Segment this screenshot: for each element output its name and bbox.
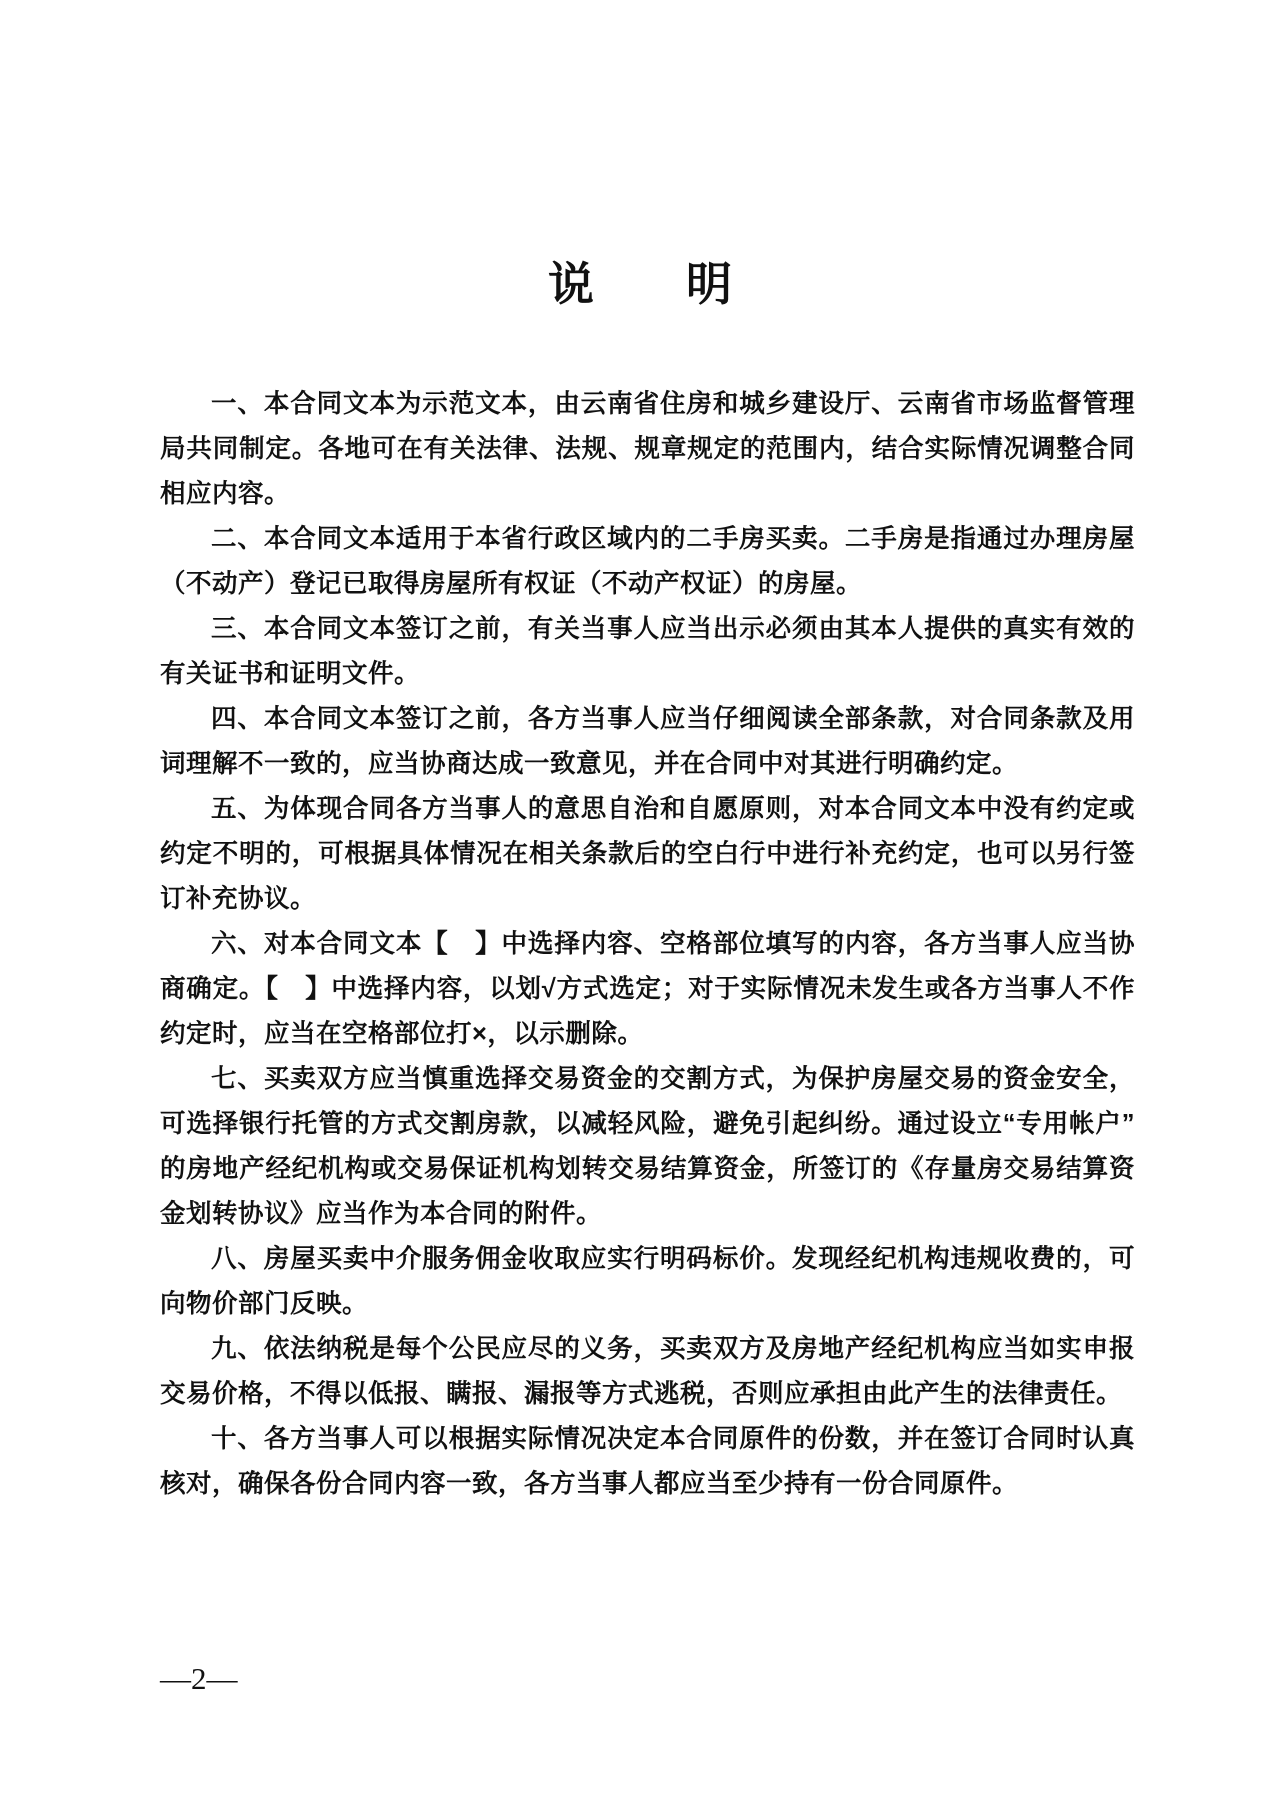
page-number: —2— [160, 1661, 238, 1696]
note-paragraph-6: 六、对本合同文本【 】中选择内容、空格部位填写的内容，各方当事人应当协商确定。【… [160, 922, 1135, 1057]
note-paragraph-8: 八、房屋买卖中介服务佣金收取应实行明码标价。发现经纪机构违规收费的，可向物价部门… [160, 1237, 1135, 1327]
note-paragraph-1: 一、本合同文本为示范文本，由云南省住房和城乡建设厅、云南省市场监督管理局共同制定… [160, 382, 1135, 517]
note-paragraph-7: 七、买卖双方应当慎重选择交易资金的交割方式，为保护房屋交易的资金安全，可选择银行… [160, 1057, 1135, 1237]
notes-body: 一、本合同文本为示范文本，由云南省住房和城乡建设厅、云南省市场监督管理局共同制定… [160, 382, 1135, 1507]
note-paragraph-3: 三、本合同文本签订之前，有关当事人应当出示必须由其本人提供的真实有效的有关证书和… [160, 607, 1135, 697]
page-title: 说 明 [0, 258, 1280, 310]
note-paragraph-9: 九、依法纳税是每个公民应尽的义务，买卖双方及房地产经纪机构应当如实申报交易价格，… [160, 1327, 1135, 1417]
page-footer: —2— [160, 1662, 238, 1696]
note-paragraph-2: 二、本合同文本适用于本省行政区域内的二手房买卖。二手房是指通过办理房屋（不动产）… [160, 517, 1135, 607]
note-paragraph-10: 十、各方当事人可以根据实际情况决定本合同原件的份数，并在签订合同时认真核对，确保… [160, 1417, 1135, 1507]
note-paragraph-4: 四、本合同文本签订之前，各方当事人应当仔细阅读全部条款，对合同条款及用词理解不一… [160, 697, 1135, 787]
document-page: 说 明 一、本合同文本为示范文本，由云南省住房和城乡建设厅、云南省市场监督管理局… [0, 0, 1280, 1810]
note-paragraph-5: 五、为体现合同各方当事人的意思自治和自愿原则，对本合同文本中没有约定或约定不明的… [160, 787, 1135, 922]
